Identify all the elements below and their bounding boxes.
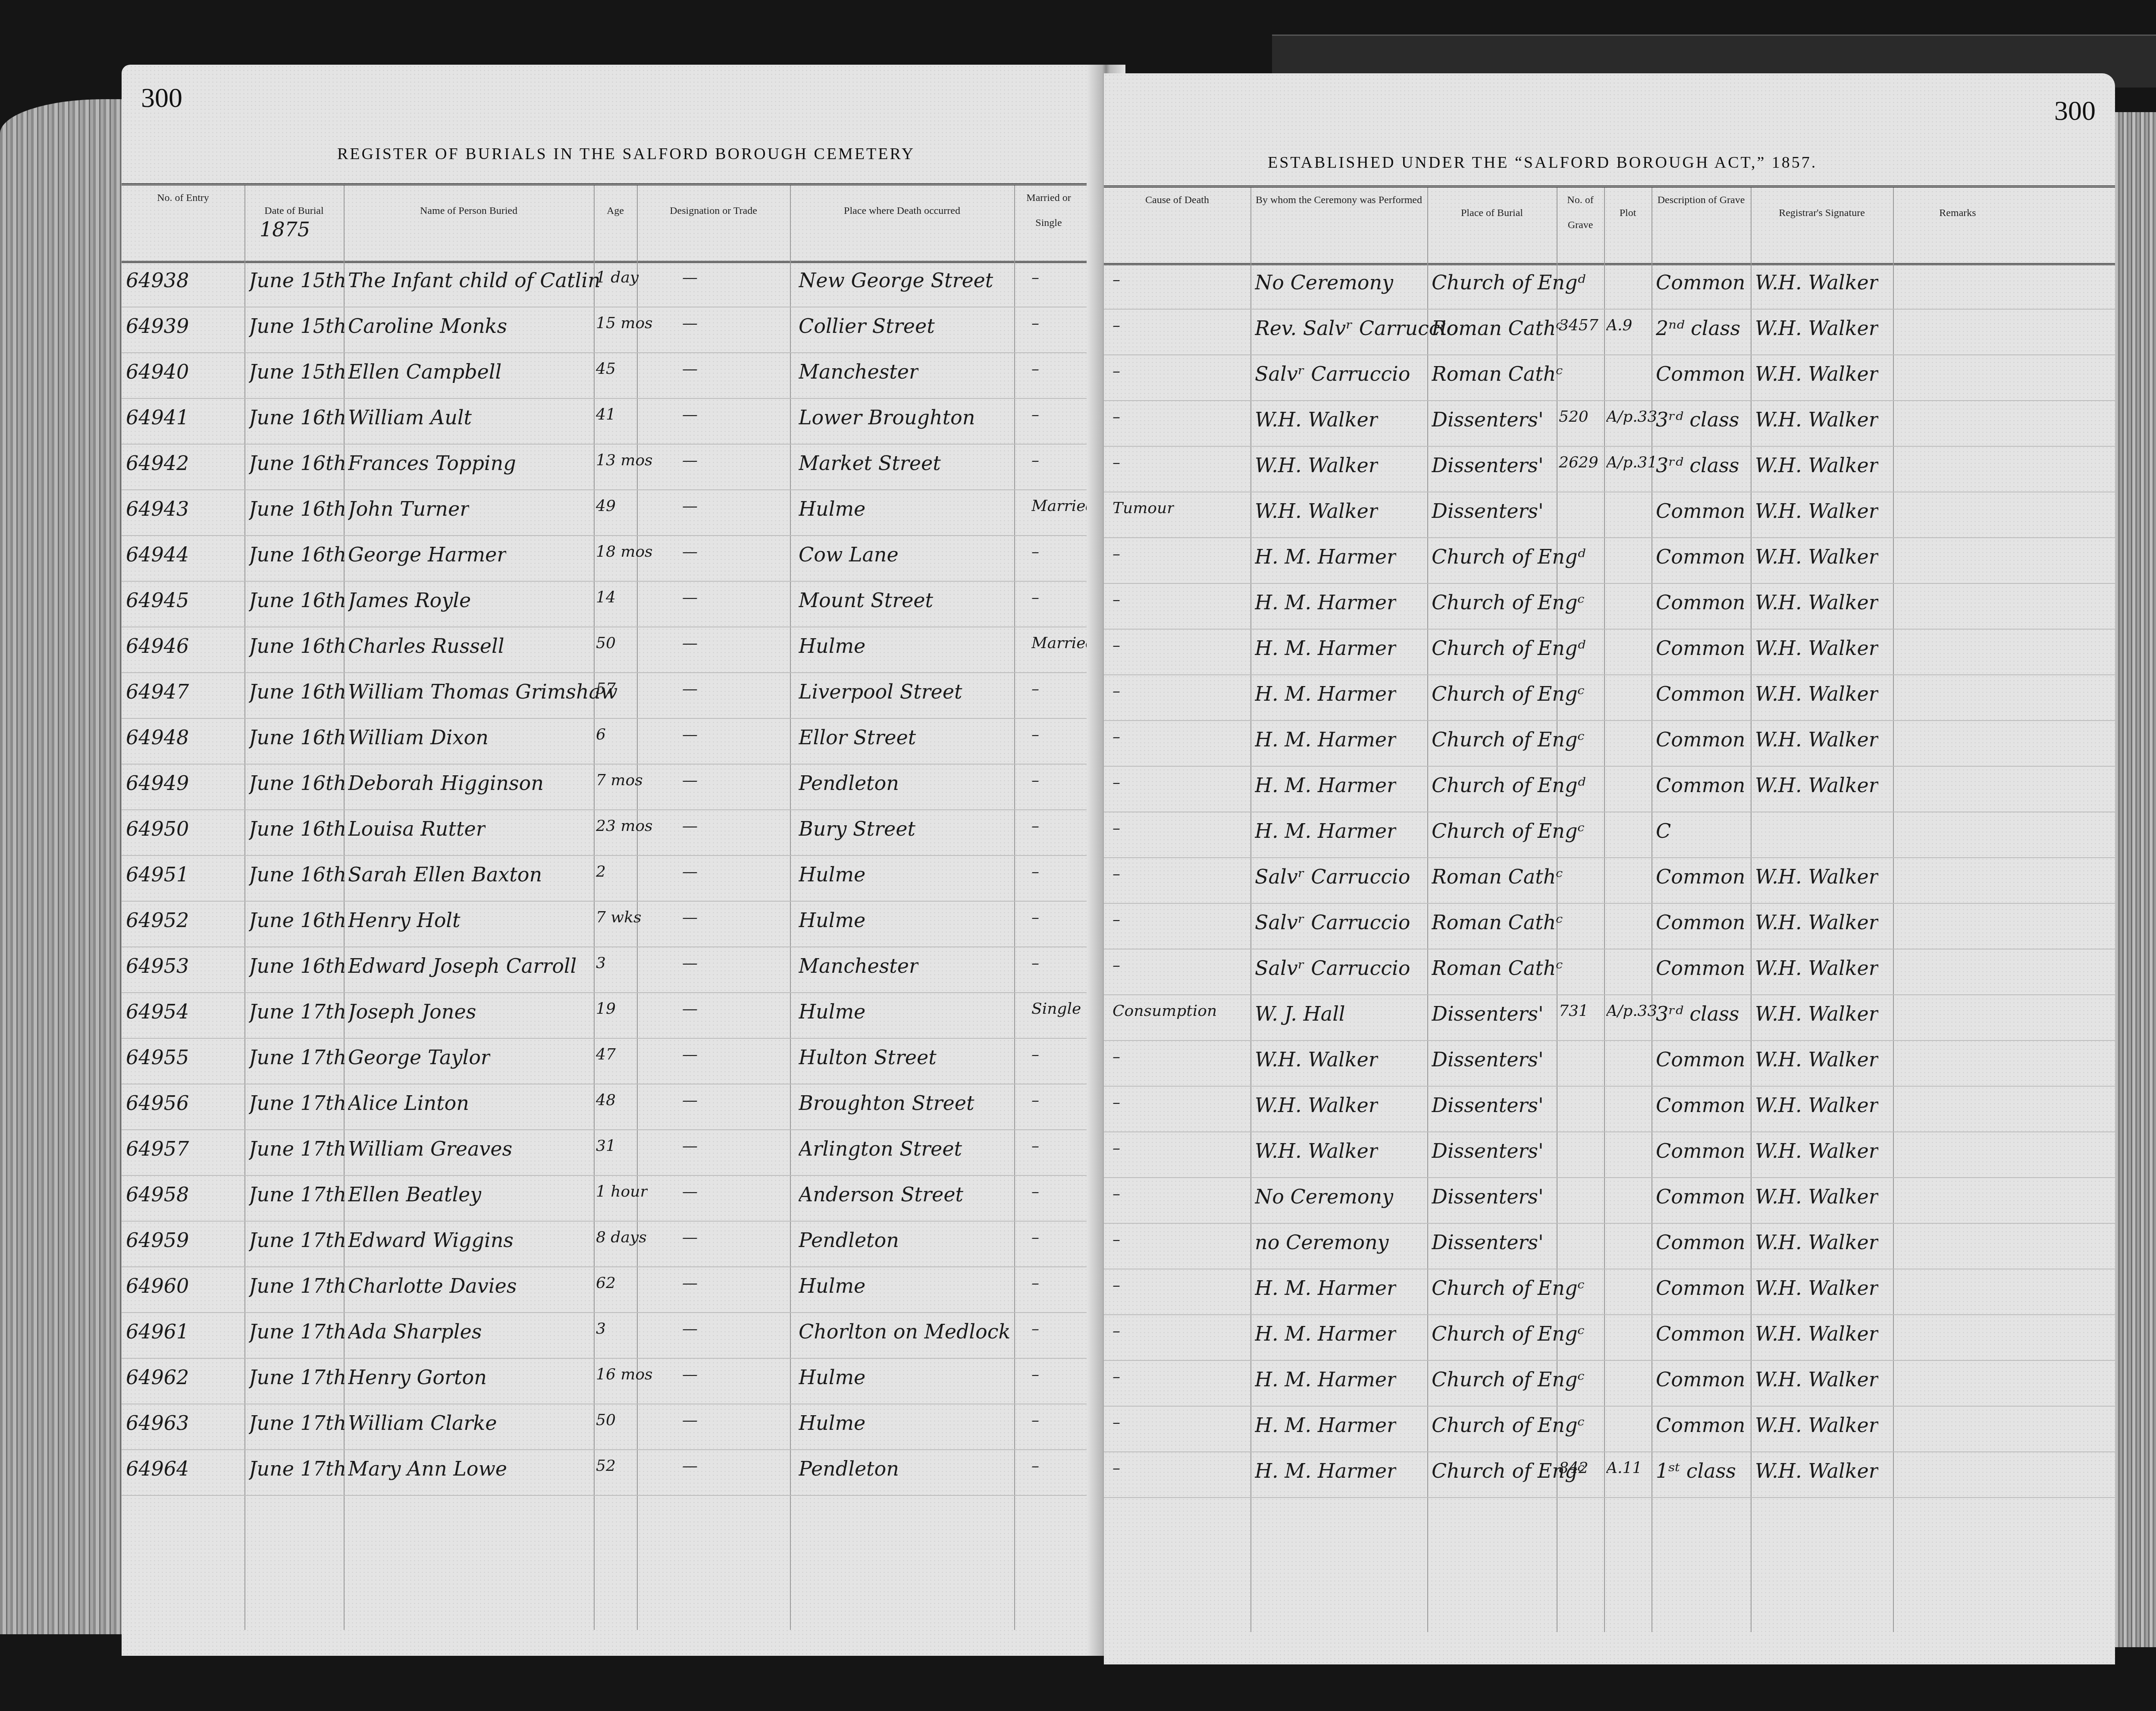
officiant: H. M. Harmer bbox=[1255, 774, 1396, 797]
burial-place: Church of Engᶜ bbox=[1432, 1413, 1585, 1437]
death-place: Anderson Street bbox=[799, 1183, 963, 1206]
death-place: Collier Street bbox=[799, 314, 935, 338]
col-head-plot: Plot bbox=[1604, 201, 1651, 226]
age: 49 bbox=[596, 497, 616, 515]
age: 41 bbox=[596, 406, 616, 423]
age: 15 mos bbox=[596, 314, 653, 332]
table-row: –Salvʳ CarruccioRoman CathᶜCommonW.H. Wa… bbox=[1104, 354, 2115, 401]
grave-description: Common bbox=[1656, 865, 1745, 888]
marital-status: Married bbox=[1031, 497, 1096, 515]
person-name: William Clarke bbox=[348, 1411, 497, 1435]
grave-description: C bbox=[1656, 819, 1671, 843]
table-row: 64960June 17thCharlotte Davies62—Hulme– bbox=[122, 1266, 1109, 1313]
trade: — bbox=[682, 1366, 698, 1383]
cause-of-death: – bbox=[1112, 454, 1120, 471]
person-name: William Greaves bbox=[348, 1137, 512, 1160]
grave-description: Common bbox=[1656, 545, 1745, 568]
registrar-signature: W.H. Walker bbox=[1755, 1413, 1878, 1437]
burial-place: Church of Engᶜ bbox=[1432, 682, 1585, 705]
burial-date: June 17th bbox=[249, 1091, 346, 1115]
table-row: 64963June 17thWilliam Clarke50—Hulme– bbox=[122, 1404, 1109, 1450]
grave-description: 3ʳᵈ class bbox=[1656, 1002, 1739, 1025]
age: 3 bbox=[596, 954, 606, 972]
burial-date: June 17th bbox=[249, 1046, 346, 1069]
trade: — bbox=[682, 771, 698, 789]
cause-of-death: – bbox=[1112, 362, 1120, 380]
entry-number: 64944 bbox=[126, 543, 189, 566]
burial-place: Dissenters' bbox=[1432, 1094, 1544, 1117]
table-row: –W.H. WalkerDissenters'CommonW.H. Walker bbox=[1104, 1040, 2115, 1087]
col-head-name: Name of Person Buried bbox=[344, 198, 594, 223]
age: 45 bbox=[596, 360, 616, 378]
death-place: Hulme bbox=[799, 1274, 865, 1297]
marital-status: – bbox=[1031, 1228, 1039, 1246]
burial-date: June 16th bbox=[249, 771, 346, 795]
marital-status: – bbox=[1031, 1411, 1039, 1429]
person-name: Sarah Ellen Baxton bbox=[348, 863, 542, 886]
left-page: 300 REGISTER OF BURIALS IN THE SALFORD B… bbox=[122, 65, 1109, 1656]
table-row: 64942June 16thFrances Topping13 mos—Mark… bbox=[122, 444, 1109, 490]
trade: — bbox=[682, 269, 698, 286]
cause-of-death: – bbox=[1112, 591, 1120, 608]
cause-of-death: – bbox=[1112, 774, 1120, 791]
col-head-remarks: Remarks bbox=[1893, 201, 2022, 226]
trade: — bbox=[682, 1046, 698, 1063]
table-row: –H. M. HarmerChurch of EngᶜCommonW.H. Wa… bbox=[1104, 720, 2115, 767]
burial-place: Church of Engᶜ bbox=[1432, 1322, 1585, 1345]
cause-of-death: – bbox=[1112, 271, 1120, 288]
registrar-signature: W.H. Walker bbox=[1755, 1231, 1878, 1254]
entry-number: 64950 bbox=[126, 817, 189, 840]
death-place: Market Street bbox=[799, 451, 941, 475]
grave-description: Common bbox=[1656, 956, 1745, 980]
person-name: Edward Wiggins bbox=[348, 1228, 514, 1252]
officiant: H. M. Harmer bbox=[1255, 591, 1396, 614]
right-header-band: Cause of Death By whom the Ceremony was … bbox=[1104, 185, 2115, 265]
age: 19 bbox=[596, 1000, 616, 1018]
cause-of-death: – bbox=[1112, 956, 1120, 974]
trade: — bbox=[682, 406, 698, 423]
burial-date: June 16th bbox=[249, 451, 346, 475]
death-place: Hulme bbox=[799, 1000, 865, 1023]
person-name: George Harmer bbox=[348, 543, 506, 566]
grave-description: Common bbox=[1656, 1276, 1745, 1300]
marital-status: – bbox=[1031, 680, 1039, 698]
registrar-signature: W.H. Walker bbox=[1755, 1048, 1878, 1071]
cause-of-death: – bbox=[1112, 1185, 1120, 1203]
age: 6 bbox=[596, 726, 606, 743]
officiant: H. M. Harmer bbox=[1255, 545, 1396, 568]
burial-date: June 16th bbox=[249, 680, 346, 703]
person-name: The Infant child of Catlin bbox=[348, 269, 601, 292]
burial-date: June 16th bbox=[249, 954, 346, 978]
grave-description: Common bbox=[1656, 1368, 1745, 1391]
trade: — bbox=[682, 726, 698, 743]
col-head-married: Married or Single bbox=[1014, 185, 1083, 235]
burial-date: June 17th bbox=[249, 1274, 346, 1297]
marital-status: – bbox=[1031, 1320, 1039, 1338]
burial-place: Roman Cathᶜ bbox=[1432, 317, 1563, 340]
page-number-left: 300 bbox=[141, 82, 182, 114]
burial-place: Church of Engᶜ bbox=[1432, 1276, 1585, 1300]
table-row: –H. M. HarmerChurch of Engᶜ842A.111ˢᵗ cl… bbox=[1104, 1451, 2115, 1498]
marital-status: – bbox=[1031, 406, 1039, 423]
registrar-signature: W.H. Walker bbox=[1755, 1139, 1878, 1163]
entry-number: 64961 bbox=[126, 1320, 189, 1343]
registrar-signature: W.H. Walker bbox=[1755, 774, 1878, 797]
table-row: –H. M. HarmerChurch of EngᶜCommonW.H. Wa… bbox=[1104, 1406, 2115, 1452]
marital-status: – bbox=[1031, 863, 1039, 881]
trade: — bbox=[682, 863, 698, 881]
burial-place: Dissenters' bbox=[1432, 1231, 1544, 1254]
person-name: Ellen Campbell bbox=[348, 360, 501, 383]
death-place: Bury Street bbox=[799, 817, 915, 840]
table-row: 64941June 16thWilliam Ault41—Lower Broug… bbox=[122, 398, 1109, 445]
person-name: Mary Ann Lowe bbox=[348, 1457, 507, 1480]
entry-number: 64962 bbox=[126, 1366, 189, 1389]
burial-date: June 17th bbox=[249, 1228, 346, 1252]
age: 23 mos bbox=[596, 817, 653, 835]
marital-status: – bbox=[1031, 1366, 1039, 1383]
grave-number: 2629 bbox=[1559, 454, 1598, 471]
table-row: –No CeremonyDissenters'CommonW.H. Walker bbox=[1104, 1177, 2115, 1224]
death-place: Manchester bbox=[799, 954, 918, 978]
officiant: H. M. Harmer bbox=[1255, 1413, 1396, 1437]
trade: — bbox=[682, 1320, 698, 1338]
table-row: 64957June 17thWilliam Greaves31—Arlingto… bbox=[122, 1129, 1109, 1176]
entry-number: 64955 bbox=[126, 1046, 189, 1069]
grave-description: Common bbox=[1656, 1139, 1745, 1163]
age: 7 mos bbox=[596, 771, 643, 789]
table-row: 64959June 17thEdward Wiggins8 days—Pendl… bbox=[122, 1221, 1109, 1267]
entry-number: 64957 bbox=[126, 1137, 189, 1160]
age: 50 bbox=[596, 634, 616, 652]
burial-date: June 16th bbox=[249, 589, 346, 612]
burial-date: June 17th bbox=[249, 1366, 346, 1389]
entry-number: 64945 bbox=[126, 589, 189, 612]
entry-number: 64943 bbox=[126, 497, 189, 520]
marital-status: – bbox=[1031, 269, 1039, 286]
table-row: –H. M. HarmerChurch of EngᶜC bbox=[1104, 812, 2115, 858]
cause-of-death: Tumour bbox=[1112, 499, 1174, 517]
plot: A/p.31 bbox=[1606, 454, 1657, 471]
marital-status: Single bbox=[1031, 1000, 1081, 1018]
col-head-grave-desc: Description of Grave bbox=[1651, 188, 1751, 213]
grave-description: Common bbox=[1656, 1231, 1745, 1254]
officiant: H. M. Harmer bbox=[1255, 682, 1396, 705]
burial-place: Church of Engᶜ bbox=[1432, 1368, 1585, 1391]
trade: — bbox=[682, 1137, 698, 1155]
death-place: New George Street bbox=[799, 269, 993, 292]
person-name: Frances Topping bbox=[348, 451, 516, 475]
grave-description: Common bbox=[1656, 591, 1745, 614]
death-place: Lower Broughton bbox=[799, 406, 975, 429]
person-name: Deborah Higginson bbox=[348, 771, 544, 795]
burial-date: June 17th bbox=[249, 1411, 346, 1435]
cause-of-death: – bbox=[1112, 1139, 1120, 1157]
burial-place: Roman Cathᶜ bbox=[1432, 362, 1563, 385]
age: 48 bbox=[596, 1091, 616, 1109]
person-name: Caroline Monks bbox=[348, 314, 507, 338]
col-head-grave-no: No. of Grave bbox=[1557, 188, 1604, 238]
burial-date: June 16th bbox=[249, 817, 346, 840]
burial-date: June 16th bbox=[249, 909, 346, 932]
marital-status: – bbox=[1031, 543, 1039, 561]
death-place: Arlington Street bbox=[799, 1137, 962, 1160]
burial-date: June 15th bbox=[249, 314, 346, 338]
table-row: –H. M. HarmerChurch of EngᵈCommonW.H. Wa… bbox=[1104, 537, 2115, 584]
table-row: –W.H. WalkerDissenters'CommonW.H. Walker bbox=[1104, 1131, 2115, 1178]
table-row: 64947June 16thWilliam Thomas Grimshaw57—… bbox=[122, 672, 1109, 719]
person-name: William Ault bbox=[348, 406, 472, 429]
cause-of-death: – bbox=[1112, 1276, 1120, 1294]
grave-description: 1ˢᵗ class bbox=[1656, 1459, 1736, 1482]
burial-place: Church of Engᶜ bbox=[1432, 591, 1585, 614]
trade: — bbox=[682, 817, 698, 835]
act-title: ESTABLISHED UNDER THE “SALFORD BOROUGH A… bbox=[1268, 153, 1817, 172]
burial-place: Dissenters' bbox=[1432, 1139, 1544, 1163]
person-name: William Dixon bbox=[348, 726, 489, 749]
table-row: –H. M. HarmerChurch of EngᶜCommonW.H. Wa… bbox=[1104, 583, 2115, 630]
table-row: –H. M. HarmerChurch of EngᵈCommonW.H. Wa… bbox=[1104, 766, 2115, 812]
grave-description: Common bbox=[1656, 911, 1745, 934]
death-place: Hulton Street bbox=[799, 1046, 937, 1069]
age: 52 bbox=[596, 1457, 616, 1475]
burial-date: June 16th bbox=[249, 634, 346, 658]
person-name: Alice Linton bbox=[348, 1091, 469, 1115]
marital-status: – bbox=[1031, 360, 1039, 378]
entry-number: 64951 bbox=[126, 863, 189, 886]
trade: — bbox=[682, 1183, 698, 1200]
grave-description: Common bbox=[1656, 636, 1745, 660]
burial-place: Church of Engᶜ bbox=[1432, 819, 1585, 843]
burial-place: Dissenters' bbox=[1432, 454, 1544, 477]
burial-date: June 15th bbox=[249, 269, 346, 292]
entry-number: 64963 bbox=[126, 1411, 189, 1435]
burial-place: Church of Engᵈ bbox=[1432, 636, 1586, 660]
cause-of-death: – bbox=[1112, 1459, 1120, 1477]
death-place: Chorlton on Medlock bbox=[799, 1320, 1010, 1343]
officiant: W.H. Walker bbox=[1255, 454, 1378, 477]
grave-number: 842 bbox=[1559, 1459, 1589, 1477]
cause-of-death: – bbox=[1112, 1413, 1120, 1431]
burial-place: Roman Cathᶜ bbox=[1432, 865, 1563, 888]
col-head-registrar: Registrar's Signature bbox=[1751, 201, 1893, 226]
burial-place: Dissenters' bbox=[1432, 1048, 1544, 1071]
registrar-signature: W.H. Walker bbox=[1755, 1185, 1878, 1208]
col-head-place: Place where Death occurred bbox=[790, 198, 1014, 223]
cause-of-death: – bbox=[1112, 1368, 1120, 1385]
cause-of-death: – bbox=[1112, 911, 1120, 928]
person-name: George Taylor bbox=[348, 1046, 490, 1069]
grave-description: Common bbox=[1656, 1322, 1745, 1345]
burial-date: June 15th bbox=[249, 360, 346, 383]
table-row: 64945June 16thJames Royle14—Mount Street… bbox=[122, 581, 1109, 627]
marital-status: – bbox=[1031, 1183, 1039, 1200]
grave-number: 520 bbox=[1559, 408, 1589, 426]
burial-date: June 17th bbox=[249, 1320, 346, 1343]
entry-number: 64956 bbox=[126, 1091, 189, 1115]
trade: — bbox=[682, 634, 698, 652]
table-row: 64962June 17thHenry Gorton16 mos—Hulme– bbox=[122, 1358, 1109, 1404]
burial-date: June 16th bbox=[249, 406, 346, 429]
trade: — bbox=[682, 680, 698, 698]
marital-status: – bbox=[1031, 314, 1039, 332]
cause-of-death: – bbox=[1112, 1322, 1120, 1340]
marital-status: Married bbox=[1031, 634, 1096, 652]
plot: A/p.33 bbox=[1606, 408, 1657, 426]
entry-number: 64953 bbox=[126, 954, 189, 978]
person-name: John Turner bbox=[348, 497, 469, 520]
table-row: ConsumptionW. J. HallDissenters'731A/p.3… bbox=[1104, 994, 2115, 1041]
table-row: –H. M. HarmerChurch of EngᶜCommonW.H. Wa… bbox=[1104, 1360, 2115, 1407]
officiant: H. M. Harmer bbox=[1255, 1322, 1396, 1345]
death-place: Mount Street bbox=[799, 589, 933, 612]
trade: — bbox=[682, 909, 698, 926]
grave-number: 3457 bbox=[1559, 317, 1598, 334]
registrar-signature: W.H. Walker bbox=[1755, 1094, 1878, 1117]
grave-description: Common bbox=[1656, 682, 1745, 705]
trade: — bbox=[682, 1457, 698, 1475]
burial-place: Church of Engᶜ bbox=[1432, 728, 1585, 751]
table-row: 64950June 16thLouisa Rutter23 mos—Bury S… bbox=[122, 809, 1109, 856]
person-name: Henry Holt bbox=[348, 909, 461, 932]
officiant: W. J. Hall bbox=[1255, 1002, 1345, 1025]
trade: — bbox=[682, 360, 698, 378]
col-head-cause: Cause of Death bbox=[1104, 188, 1250, 213]
officiant: Rev. Salvʳ Carruccio bbox=[1255, 317, 1458, 340]
table-row: 64938June 15thThe Infant child of Catlin… bbox=[122, 261, 1109, 307]
death-place: Hulme bbox=[799, 1411, 865, 1435]
grave-description: 3ʳᵈ class bbox=[1656, 408, 1739, 431]
officiant: H. M. Harmer bbox=[1255, 1459, 1396, 1482]
grave-description: Common bbox=[1656, 774, 1745, 797]
table-row: 64955June 17thGeorge Taylor47—Hulton Str… bbox=[122, 1038, 1109, 1084]
table-row: 64944June 16thGeorge Harmer18 mos—Cow La… bbox=[122, 535, 1109, 582]
table-row: 64939June 15thCaroline Monks15 mos—Colli… bbox=[122, 307, 1109, 353]
trade: — bbox=[682, 314, 698, 332]
table-row: 64958June 17thEllen Beatley1 hour—Anders… bbox=[122, 1175, 1109, 1222]
cause-of-death: – bbox=[1112, 819, 1120, 837]
table-row: 64948June 16thWilliam Dixon6—Ellor Stree… bbox=[122, 718, 1109, 765]
table-row: 64951June 16thSarah Ellen Baxton2—Hulme– bbox=[122, 855, 1109, 902]
grave-description: Common bbox=[1656, 499, 1745, 523]
person-name: James Royle bbox=[348, 589, 471, 612]
entry-number: 64947 bbox=[126, 680, 189, 703]
col-head-trade: Designation or Trade bbox=[637, 198, 790, 223]
death-place: Pendleton bbox=[799, 771, 899, 795]
age: 31 bbox=[596, 1137, 616, 1155]
person-name: Louisa Rutter bbox=[348, 817, 486, 840]
table-row: –H. M. HarmerChurch of EngᶜCommonW.H. Wa… bbox=[1104, 1269, 2115, 1315]
trade: — bbox=[682, 1228, 698, 1246]
entry-number: 64940 bbox=[126, 360, 189, 383]
death-place: Manchester bbox=[799, 360, 918, 383]
cause-of-death: – bbox=[1112, 682, 1120, 700]
officiant: H. M. Harmer bbox=[1255, 1368, 1396, 1391]
table-row: 64949June 16thDeborah Higginson7 mos—Pen… bbox=[122, 764, 1109, 810]
person-name: Charles Russell bbox=[348, 634, 505, 658]
marital-status: – bbox=[1031, 1046, 1039, 1063]
person-name: Henry Gorton bbox=[348, 1366, 487, 1389]
table-row: –Salvʳ CarruccioRoman CathᶜCommonW.H. Wa… bbox=[1104, 903, 2115, 950]
page-stack-right bbox=[2111, 112, 2156, 1647]
person-name: Ellen Beatley bbox=[348, 1183, 481, 1206]
registrar-signature: W.H. Walker bbox=[1755, 454, 1878, 477]
marital-status: – bbox=[1031, 589, 1039, 606]
officiant: W.H. Walker bbox=[1255, 408, 1378, 431]
burial-date: June 17th bbox=[249, 1457, 346, 1480]
grave-number: 731 bbox=[1559, 1002, 1589, 1020]
marital-status: – bbox=[1031, 909, 1039, 926]
age: 1 day bbox=[596, 269, 639, 286]
entry-number: 64942 bbox=[126, 451, 189, 475]
page-number-right: 300 bbox=[2054, 95, 2096, 127]
burial-date: June 16th bbox=[249, 726, 346, 749]
table-row: –No CeremonyChurch of EngᵈCommonW.H. Wal… bbox=[1104, 263, 2115, 310]
death-place: Pendleton bbox=[799, 1228, 899, 1252]
officiant: W.H. Walker bbox=[1255, 1139, 1378, 1163]
burial-date: June 17th bbox=[249, 1137, 346, 1160]
marital-status: – bbox=[1031, 1091, 1039, 1109]
cause-of-death: – bbox=[1112, 1094, 1120, 1111]
age: 47 bbox=[596, 1046, 616, 1063]
age: 7 wks bbox=[596, 909, 641, 926]
table-row: –H. M. HarmerChurch of EngᵈCommonW.H. Wa… bbox=[1104, 629, 2115, 675]
cause-of-death: – bbox=[1112, 317, 1120, 334]
registrar-signature: W.H. Walker bbox=[1755, 545, 1878, 568]
table-row: TumourW.H. WalkerDissenters'CommonW.H. W… bbox=[1104, 492, 2115, 538]
trade: — bbox=[682, 497, 698, 515]
registrar-signature: W.H. Walker bbox=[1755, 317, 1878, 340]
registrar-signature: W.H. Walker bbox=[1755, 1459, 1878, 1482]
burial-place: Church of Engᵈ bbox=[1432, 545, 1586, 568]
table-row: –H. M. HarmerChurch of EngᶜCommonW.H. Wa… bbox=[1104, 1314, 2115, 1361]
age: 14 bbox=[596, 589, 616, 606]
grave-description: Common bbox=[1656, 1413, 1745, 1437]
age: 3 bbox=[596, 1320, 606, 1338]
table-row: –Salvʳ CarruccioRoman CathᶜCommonW.H. Wa… bbox=[1104, 857, 2115, 904]
grave-description: Common bbox=[1656, 271, 1745, 294]
table-row: –no CeremonyDissenters'CommonW.H. Walker bbox=[1104, 1223, 2115, 1269]
registrar-signature: W.H. Walker bbox=[1755, 1322, 1878, 1345]
marital-status: – bbox=[1031, 1274, 1039, 1292]
grave-description: Common bbox=[1656, 728, 1745, 751]
registrar-signature: W.H. Walker bbox=[1755, 1368, 1878, 1391]
entry-number: 64939 bbox=[126, 314, 189, 338]
burial-place: Dissenters' bbox=[1432, 408, 1544, 431]
table-row: –H. M. HarmerChurch of EngᶜCommonW.H. Wa… bbox=[1104, 674, 2115, 721]
burial-date: June 17th bbox=[249, 1000, 346, 1023]
registrar-signature: W.H. Walker bbox=[1755, 408, 1878, 431]
age: 50 bbox=[596, 1411, 616, 1429]
officiant: Salvʳ Carruccio bbox=[1255, 362, 1410, 385]
death-place: Broughton Street bbox=[799, 1091, 975, 1115]
age: 8 days bbox=[596, 1228, 647, 1246]
marital-status: – bbox=[1031, 954, 1039, 972]
cause-of-death: – bbox=[1112, 1048, 1120, 1065]
trade: — bbox=[682, 1411, 698, 1429]
burial-place: Dissenters' bbox=[1432, 499, 1544, 523]
death-place: Liverpool Street bbox=[799, 680, 962, 703]
grave-description: Common bbox=[1656, 1094, 1745, 1117]
trade: — bbox=[682, 954, 698, 972]
officiant: H. M. Harmer bbox=[1255, 636, 1396, 660]
year-label: 1875 bbox=[260, 218, 310, 241]
entry-number: 64949 bbox=[126, 771, 189, 795]
col-head-ceremony: By whom the Ceremony was Performed bbox=[1250, 188, 1427, 213]
entry-number: 64964 bbox=[126, 1457, 189, 1480]
